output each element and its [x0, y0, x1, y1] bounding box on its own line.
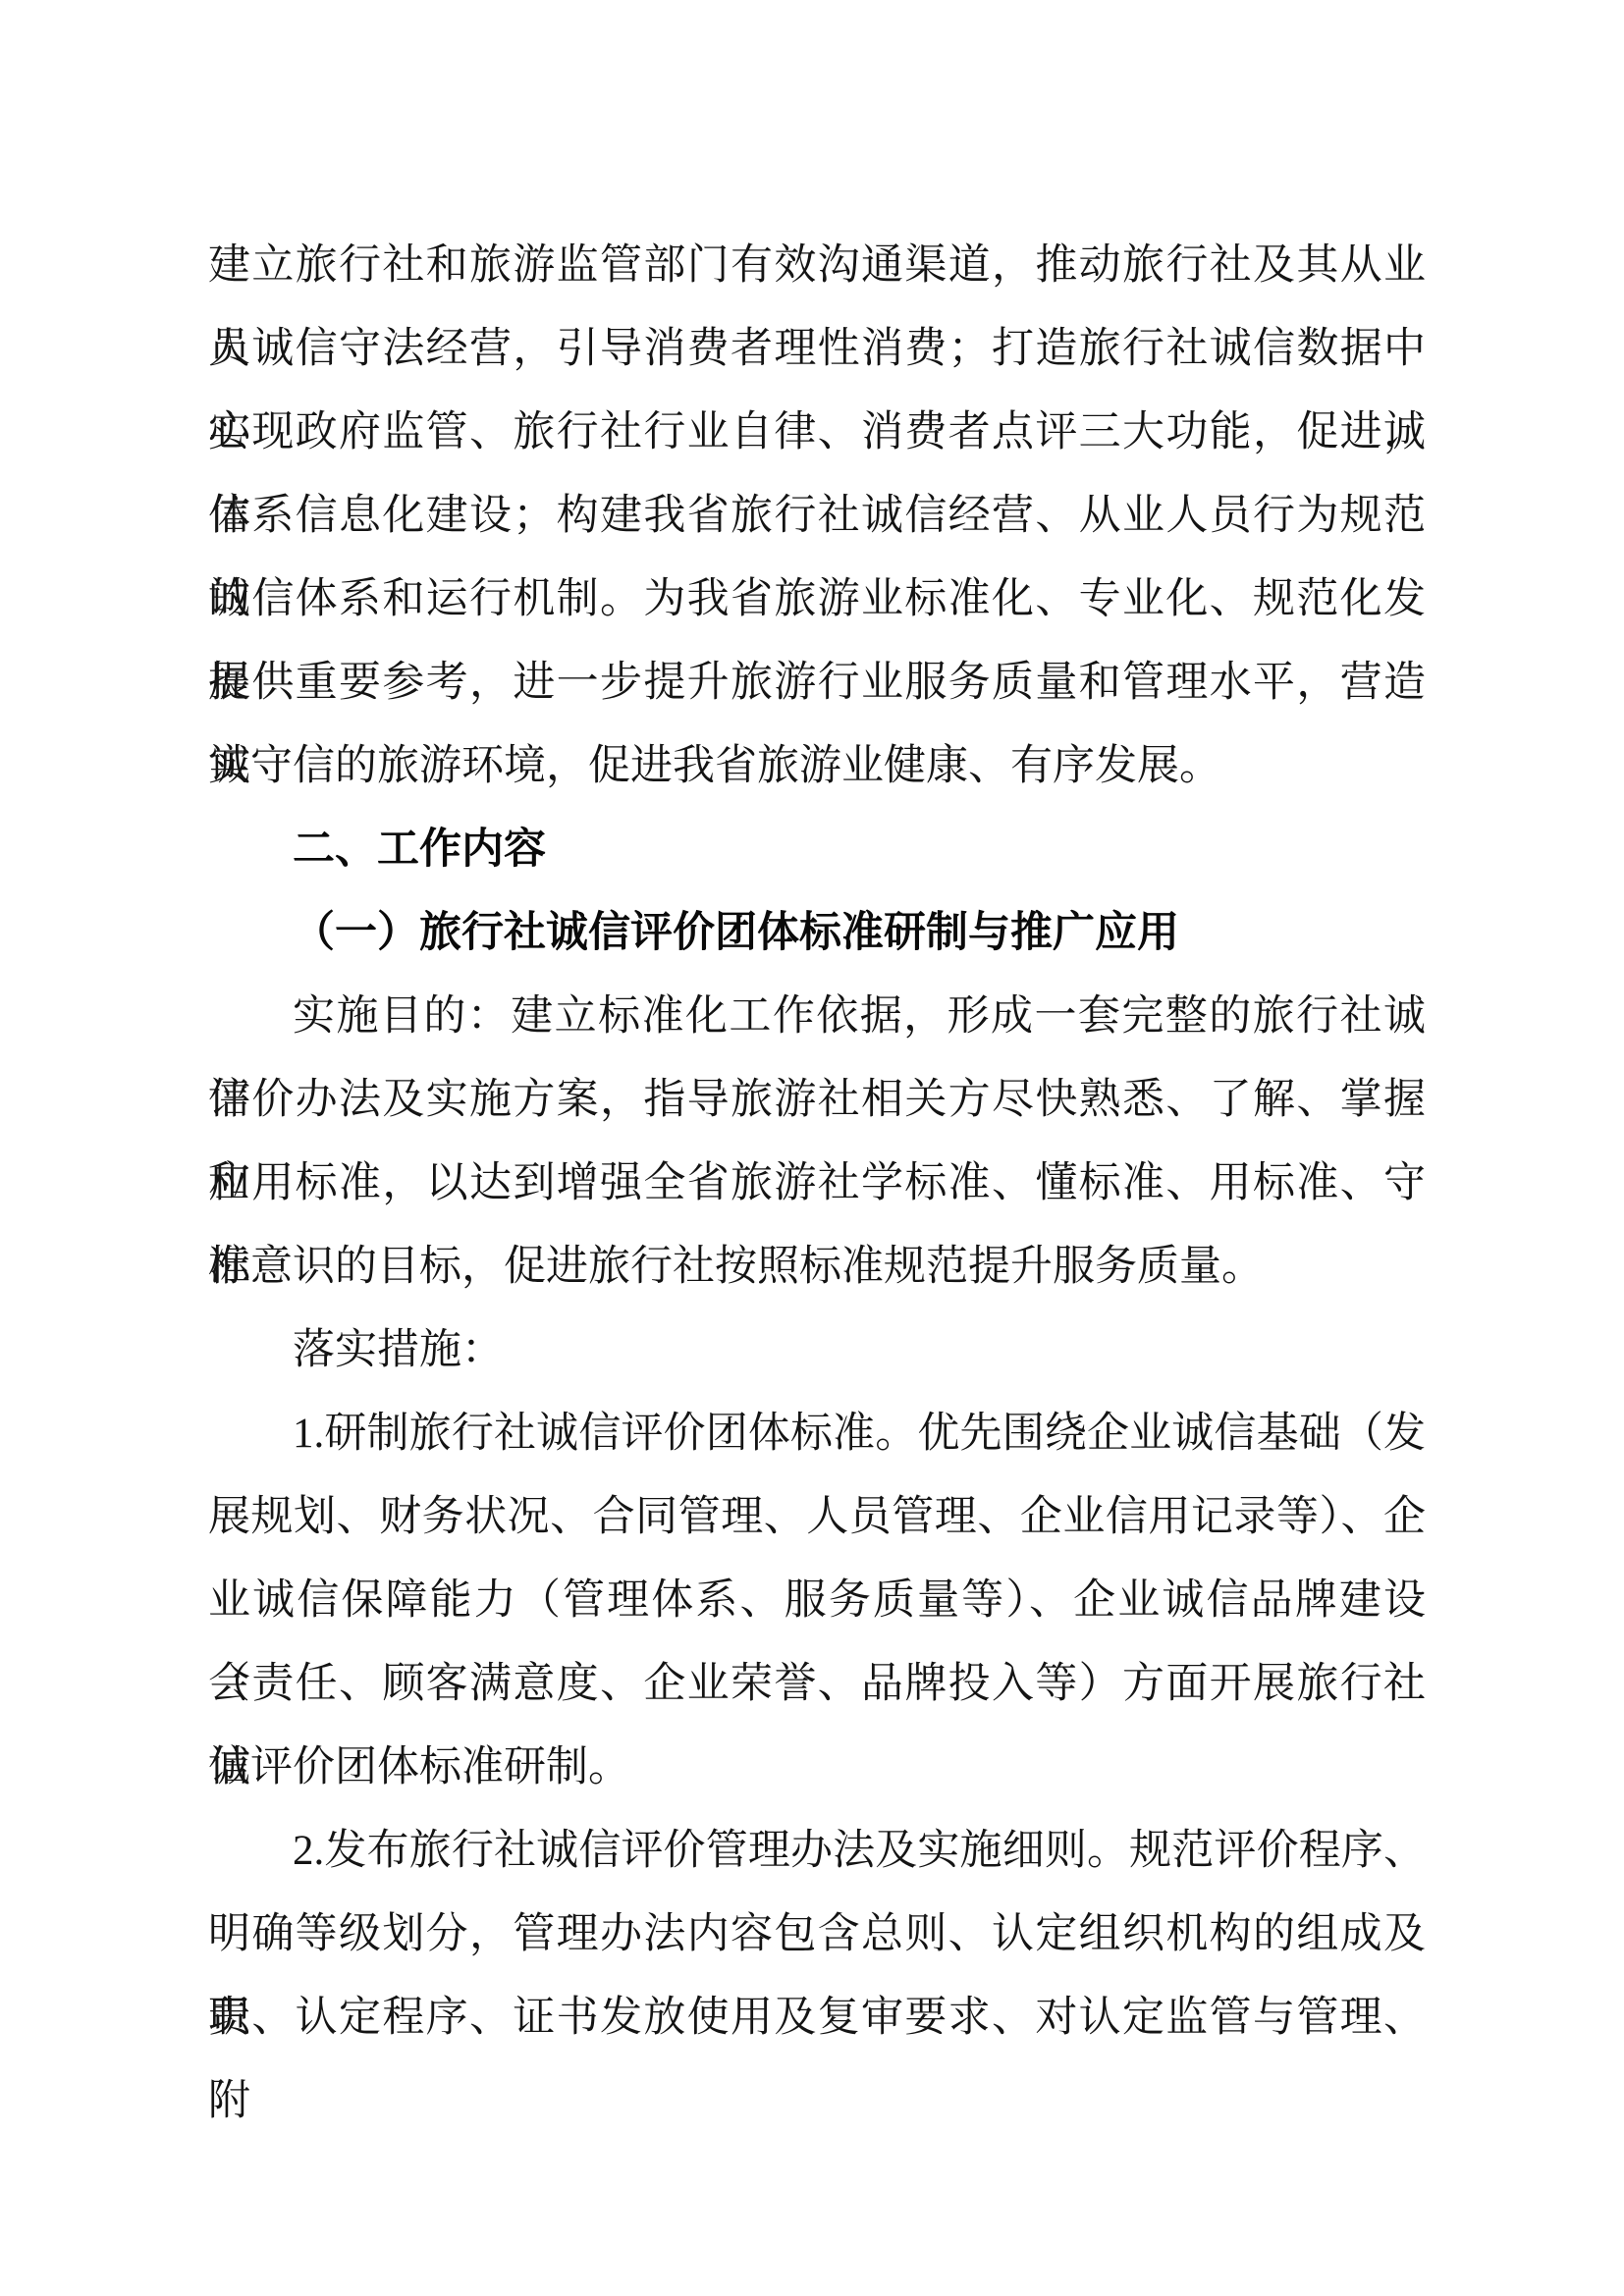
body-line: 信评价团体标准研制。 [208, 1726, 1426, 1809]
body-line: 明确等级划分，管理办法内容包含总则、认定组织机构的组成及职 [208, 1893, 1426, 1976]
body-line: 展规划、财务状况、合同管理、人员管理、企业信用记录等）、企 [208, 1475, 1426, 1559]
body-line: 责、认定程序、证书发放使用及复审要求、对认定监管与管理、附 [208, 1976, 1426, 2059]
body-line: 实现政府监管、旅行社行业自律、消费者点评三大功能，促进诚信 [208, 391, 1426, 474]
document-page: 建立旅行社和旅游监管部门有效沟通渠道，推动旅行社及其从业人员诚信守法经营，引导消… [0, 0, 1624, 2296]
body-line: 诚信体系和运行机制。为我省旅游业标准化、专业化、规范化发展 [208, 558, 1426, 641]
body-line: 会责任、顾客满意度、企业荣誉、品牌投入等）方面开展旅行社诚 [208, 1642, 1426, 1726]
body-line: 2.发布旅行社诚信评价管理办法及实施细则。规范评价程序、 [208, 1809, 1426, 1893]
body-line: 建立旅行社和旅游监管部门有效沟通渠道，推动旅行社及其从业人 [208, 224, 1426, 307]
section-heading: 二、工作内容 [208, 808, 1426, 891]
body-line: 评价办法及实施方案，指导旅游社相关方尽快熟悉、了解、掌握和 [208, 1058, 1426, 1142]
body-line: 实守信的旅游环境，促进我省旅游业健康、有序发展。 [208, 724, 1426, 808]
body-line: 员诚信守法经营，引导消费者理性消费；打造旅行社诚信数据中心， [208, 307, 1426, 391]
document-body: 建立旅行社和旅游监管部门有效沟通渠道，推动旅行社及其从业人员诚信守法经营，引导消… [208, 224, 1426, 2059]
subsection-heading: （一）旅行社诚信评价团体标准研制与推广应用 [208, 891, 1426, 975]
body-line: 1.研制旅行社诚信评价团体标准。优先围绕企业诚信基础（发 [208, 1392, 1426, 1475]
body-line: 准意识的目标，促进旅行社按照标准规范提升服务质量。 [208, 1225, 1426, 1308]
body-line: 落实措施： [208, 1308, 1426, 1392]
body-line: 业诚信保障能力（管理体系、服务质量等）、企业诚信品牌建设（社 [208, 1559, 1426, 1642]
body-line: 体系信息化建设；构建我省旅行社诚信经营、从业人员行为规范的 [208, 474, 1426, 558]
body-line: 实施目的：建立标准化工作依据，形成一套完整的旅行社诚信 [208, 975, 1426, 1058]
body-line: 应用标准，以达到增强全省旅游社学标准、懂标准、用标准、守标 [208, 1142, 1426, 1225]
body-line: 提供重要参考，进一步提升旅游行业服务质量和管理水平，营造诚 [208, 641, 1426, 724]
